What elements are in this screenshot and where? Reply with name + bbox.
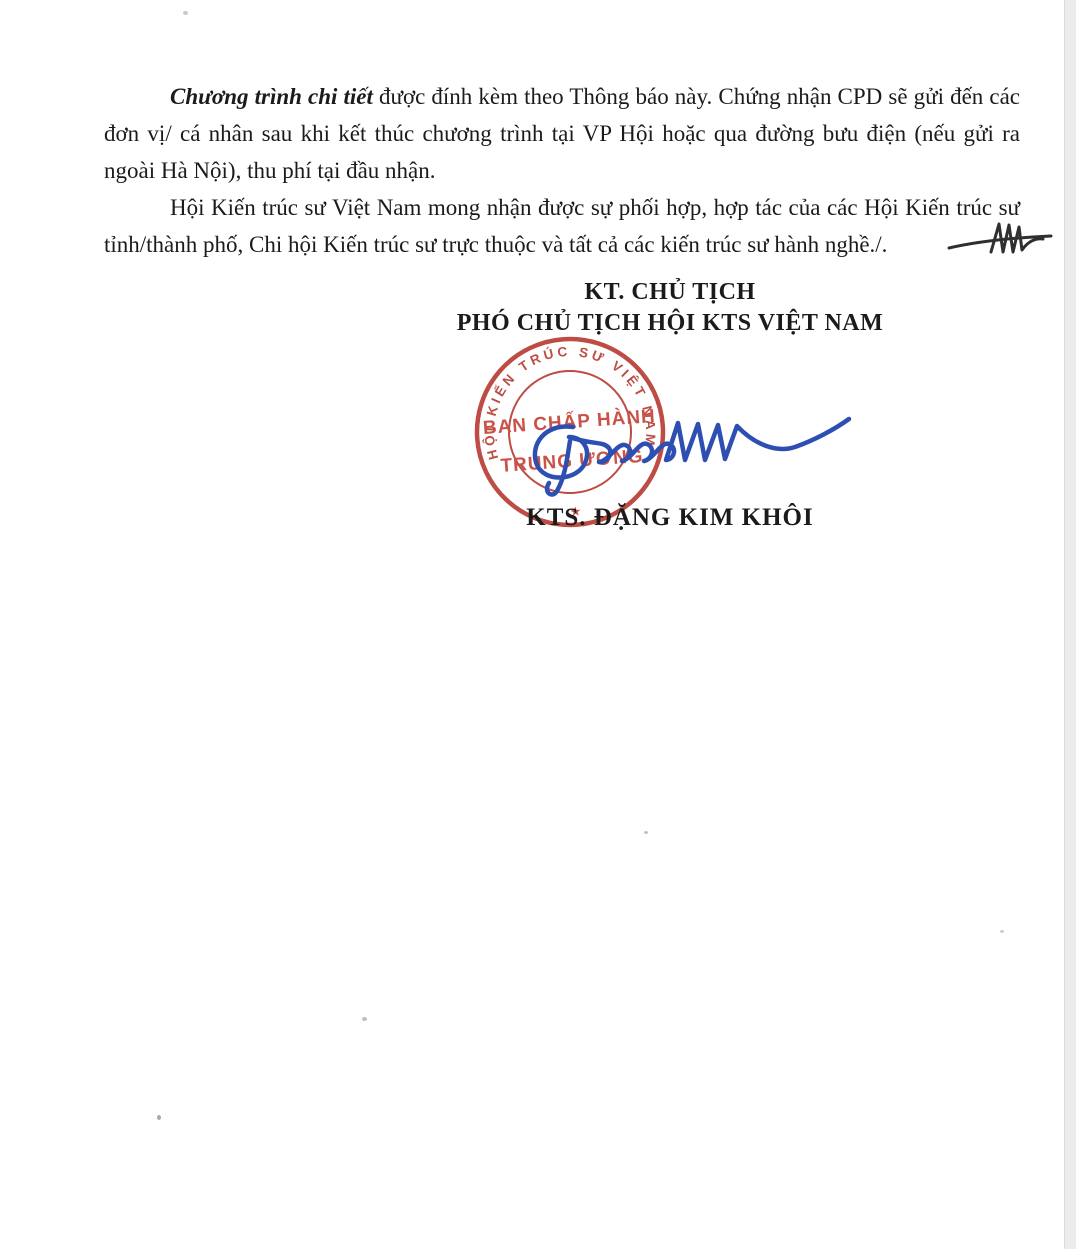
document-body: Chương trình chi tiết được đính kèm theo…	[104, 78, 1020, 263]
signer-title: PHÓ CHỦ TỊCH HỘI KTS VIỆT NAM	[390, 308, 950, 339]
scan-speck	[157, 1115, 161, 1120]
paragraph-program-details: Chương trình chi tiết được đính kèm theo…	[104, 78, 1020, 189]
signature-block-titles: KT. CHỦ TỊCH PHÓ CHỦ TỊCH HỘI KTS VIỆT N…	[390, 277, 950, 339]
scan-speck	[183, 11, 188, 15]
paragraph-lead-emphasis: Chương trình chi tiết	[170, 84, 373, 109]
scan-speck	[644, 831, 648, 834]
scanned-document-page: Chương trình chi tiết được đính kèm theo…	[0, 0, 1076, 1249]
scan-edge-strip	[1064, 0, 1076, 1249]
scan-speck	[1000, 930, 1004, 933]
paragraph-cooperation: Hội Kiến trúc sư Việt Nam mong nhận được…	[104, 189, 1020, 263]
handwritten-initial-mark	[945, 212, 1055, 260]
signer-name: KTS. ĐẶNG KIM KHÔI	[390, 504, 950, 532]
handwritten-signature	[515, 393, 855, 508]
acting-title: KT. CHỦ TỊCH	[390, 277, 950, 308]
scan-speck	[362, 1017, 367, 1021]
paragraph-2-text: Hội Kiến trúc sư Việt Nam mong nhận được…	[104, 195, 1020, 257]
